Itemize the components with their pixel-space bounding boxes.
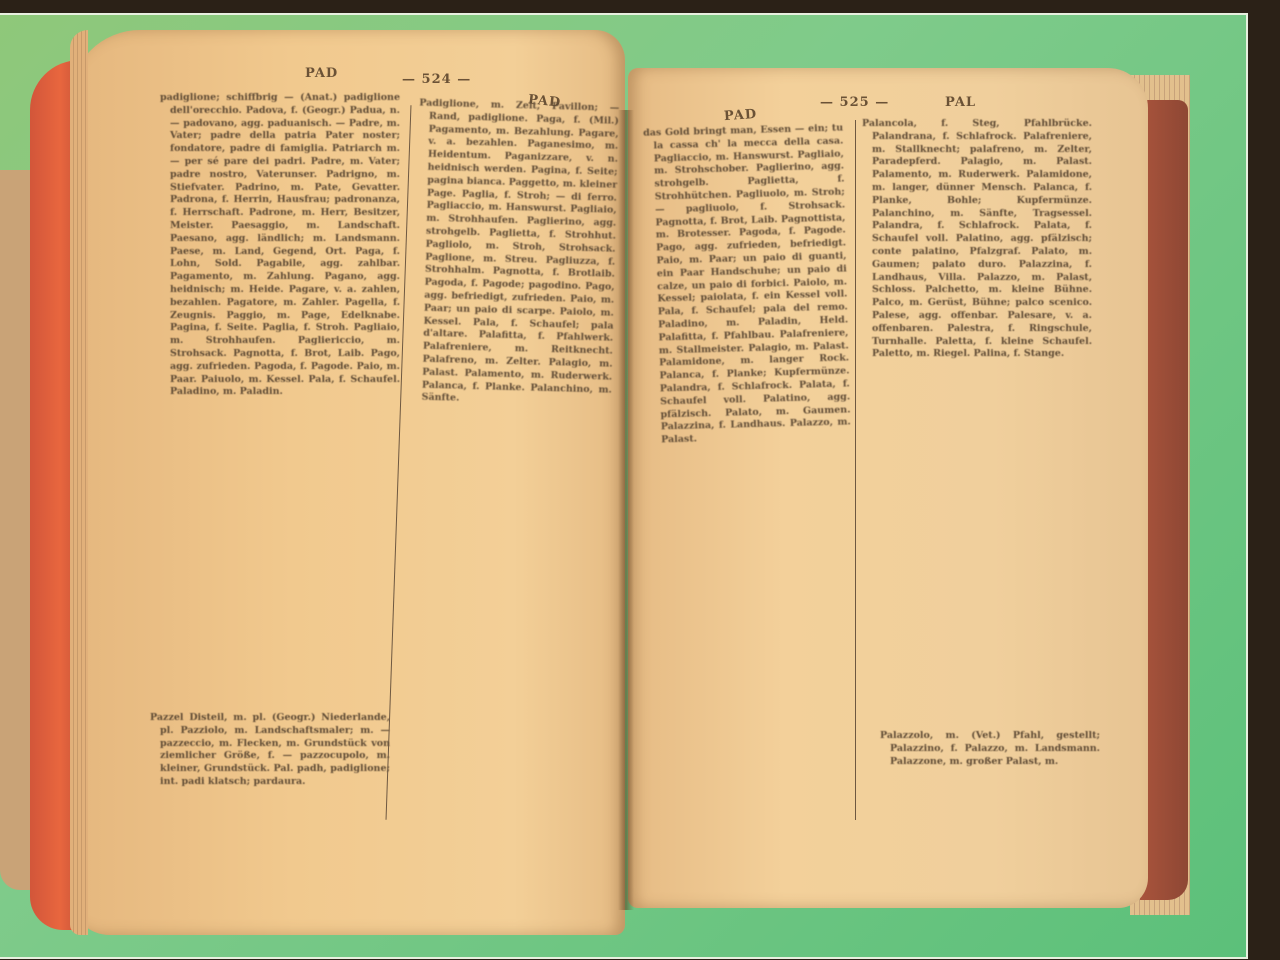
right-page-column-2: Palancola, f. Steg, Pfahlbrücke. Palandr… xyxy=(862,118,1092,718)
left-page-column-1: padiglione; schiffbrig — (Anat.) padigli… xyxy=(160,92,400,702)
left-header-guide-word: PAD xyxy=(305,66,338,81)
right-page-number: — 525 — xyxy=(820,95,889,110)
right-page-column-1: das Gold bringt man, Essen — ein; tu la … xyxy=(643,123,861,818)
entry-text: Pazzel Disteil, m. pl. (Geogr.) Niederla… xyxy=(150,712,390,789)
entry-text: padiglione; schiffbrig — (Anat.) padigli… xyxy=(160,92,400,399)
right-header-guide-word: PAL xyxy=(945,95,976,110)
entry-text: Palazzolo, m. (Vet.) Pfahl, gestellt; Pa… xyxy=(880,730,1100,768)
left-page-column-2: Padiglione, m. Zelt, Pavillon; — Rand, p… xyxy=(401,98,620,823)
book-left-cover xyxy=(0,170,30,890)
right-page-column-2-tail: Palazzolo, m. (Vet.) Pfahl, gestellt; Pa… xyxy=(880,730,1100,820)
right-dark-bar xyxy=(1248,0,1280,960)
left-page-column-1-tail: Pazzel Disteil, m. pl. (Geogr.) Niederla… xyxy=(150,712,390,822)
left-page-stacked-edges xyxy=(70,30,88,935)
spine-shadow xyxy=(618,110,634,910)
right-column-rule xyxy=(855,120,856,820)
entry-text: Padiglione, m. Zelt, Pavillon; — Rand, p… xyxy=(411,98,619,410)
entry-text: Palancola, f. Steg, Pfahlbrücke. Palandr… xyxy=(862,118,1092,361)
entry-text: das Gold bringt man, Essen — ein; tu la … xyxy=(643,123,851,448)
left-page-number: — 524 — xyxy=(402,72,471,87)
right-header-guide-word-left: PAD xyxy=(724,107,758,124)
